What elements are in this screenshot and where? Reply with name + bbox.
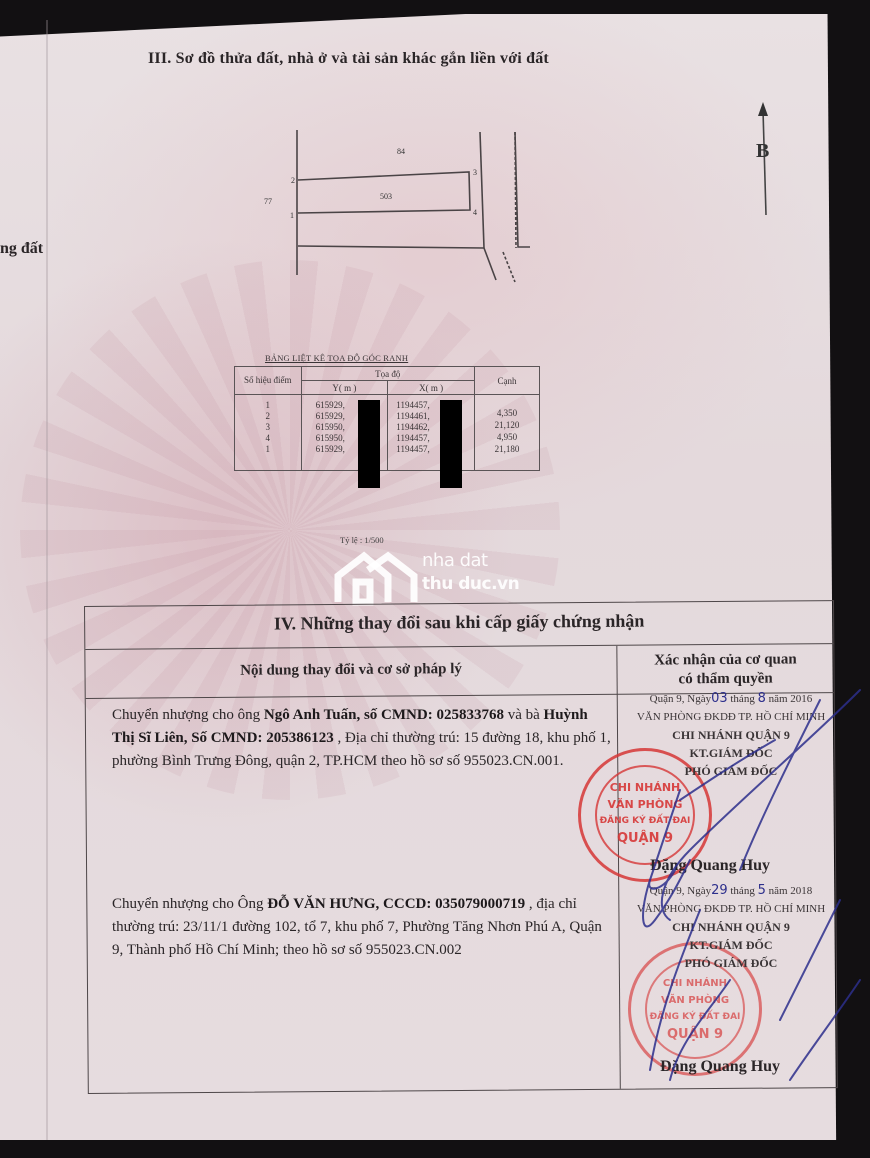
corner-label-1: 1 (290, 211, 294, 220)
signer-name-2: Đặng Quang Huy (660, 1058, 780, 1076)
column-header-confirmation: Xác nhận của cơ quan có thẩm quyền (617, 650, 833, 690)
confirmation-block-2: Quận 9, Ngày29 tháng 5 năm 2018 VĂN PHÒN… (606, 882, 856, 972)
change-entry-1: Chuyển nhượng cho ông Ngô Anh Tuấn, số C… (112, 704, 612, 773)
table-row: 2 (237, 411, 299, 422)
corner-label-4: 4 (473, 208, 477, 217)
page-fold-line (46, 20, 48, 1140)
neighbor-north-label: 84 (397, 147, 405, 156)
table-cell: 4,350 (477, 407, 537, 419)
parcel-sketch-drawing (260, 120, 560, 290)
table-row: 1 (237, 400, 299, 411)
north-label: B (756, 140, 769, 163)
confirmation-branch: CHI NHÁNH QUẬN 9 (606, 918, 856, 936)
header-point: Số hiệu điểm (235, 367, 302, 395)
table-row: 3 (237, 422, 299, 433)
corner-label-3: 3 (473, 168, 477, 177)
section-4-title: IV. Những thay đổi sau khi cấp giấy chứn… (85, 609, 833, 636)
confirmation-position: PHÓ GIÁM ĐỐC (606, 762, 856, 780)
table-cell: 4,950 (477, 431, 537, 443)
header-y: Y( m ) (301, 381, 388, 395)
confirmation-sign-for: KT.GIÁM ĐỐC (606, 744, 856, 762)
column-header-confirmation-line1: Xác nhận của cơ quan (617, 650, 833, 671)
table-cell: 21,120 (477, 419, 537, 431)
neighbor-west-label: 77 (264, 197, 272, 206)
watermark-line-2: thu duc.vn (422, 574, 519, 594)
stamp-text: CHI NHÁNH VĂN PHÒNG ĐĂNG KÝ ĐẤT ĐAI QUẬN… (631, 975, 759, 1043)
signer-name-1: Đặng Quang Huy (650, 857, 770, 875)
edge-column: 4,350 21,120 4,950 21,180 (474, 395, 539, 471)
point-column: 1 2 3 4 1 (235, 395, 302, 471)
redaction-bar-y (358, 400, 380, 488)
confirmation-branch: CHI NHÁNH QUẬN 9 (606, 726, 856, 744)
table-row: 1 (237, 444, 299, 455)
table-cell: 21,180 (477, 443, 537, 455)
corner-label-2: 2 (291, 176, 295, 185)
header-edge: Cạnh (474, 367, 539, 395)
redaction-bar-x (440, 400, 462, 488)
parcel-number-label: 503 (380, 192, 392, 201)
confirmation-block-1: Quận 9, Ngày03 tháng 8 năm 2016 VĂN PHÒN… (606, 690, 856, 780)
left-page-text-fragment: ng đất (0, 240, 43, 258)
table-row: 4 (237, 433, 299, 444)
confirmation-date: Quận 9, Ngày29 tháng 5 năm 2018 (606, 882, 856, 900)
header-x: X( m ) (388, 381, 475, 395)
confirmation-date: Quận 9, Ngày03 tháng 8 năm 2016 (606, 690, 856, 708)
header-coords: Tọa độ (301, 367, 474, 381)
entry-text: và bà (504, 707, 544, 723)
change-entry-2: Chuyển nhượng cho Ông ĐỖ VĂN HƯNG, CCCD:… (112, 893, 612, 962)
confirmation-office: VĂN PHÒNG ĐKDĐ TP. HỒ CHÍ MINH (606, 708, 856, 726)
coordinate-table-caption: BẢNG LIỆT KÊ TỌA ĐỘ GÓC RANH (265, 353, 408, 363)
confirmation-office: VĂN PHÒNG ĐKDĐ TP. HỒ CHÍ MINH (606, 900, 856, 918)
entry-text: Chuyển nhượng cho Ông (112, 896, 267, 912)
transferee-1: ĐỖ VĂN HƯNG, CCCD: 035079000719 (267, 896, 525, 912)
column-header-confirmation-line2: có thẩm quyền (618, 669, 834, 690)
section-3-title: III. Sơ đồ thửa đất, nhà ở và tài sản kh… (148, 50, 549, 68)
entry-text: Chuyển nhượng cho ông (112, 707, 264, 723)
stamp-text: CHI NHÁNH VĂN PHÒNG ĐĂNG KÝ ĐẤT ĐAI QUẬN… (581, 779, 709, 847)
map-scale: Tỷ lệ : 1/500 (340, 535, 384, 545)
watermark-line-1: nha dat (422, 550, 488, 571)
parcel-sketch: 84 503 77 1 2 3 4 (260, 120, 560, 290)
changes-title-row: IV. Những thay đổi sau khi cấp giấy chứn… (85, 601, 833, 650)
coordinate-table: Số hiệu điểm Tọa độ Cạnh Y( m ) X( m ) 1… (234, 366, 540, 471)
confirmation-sign-for: KT.GIÁM ĐỐC (606, 936, 856, 954)
confirmation-position: PHÓ GIÁM ĐỐC (606, 954, 856, 972)
column-header-content: Nội dung thay đổi và cơ sở pháp lý (85, 660, 616, 681)
transferee-1: Ngô Anh Tuấn, số CMND: 025833768 (264, 707, 504, 723)
